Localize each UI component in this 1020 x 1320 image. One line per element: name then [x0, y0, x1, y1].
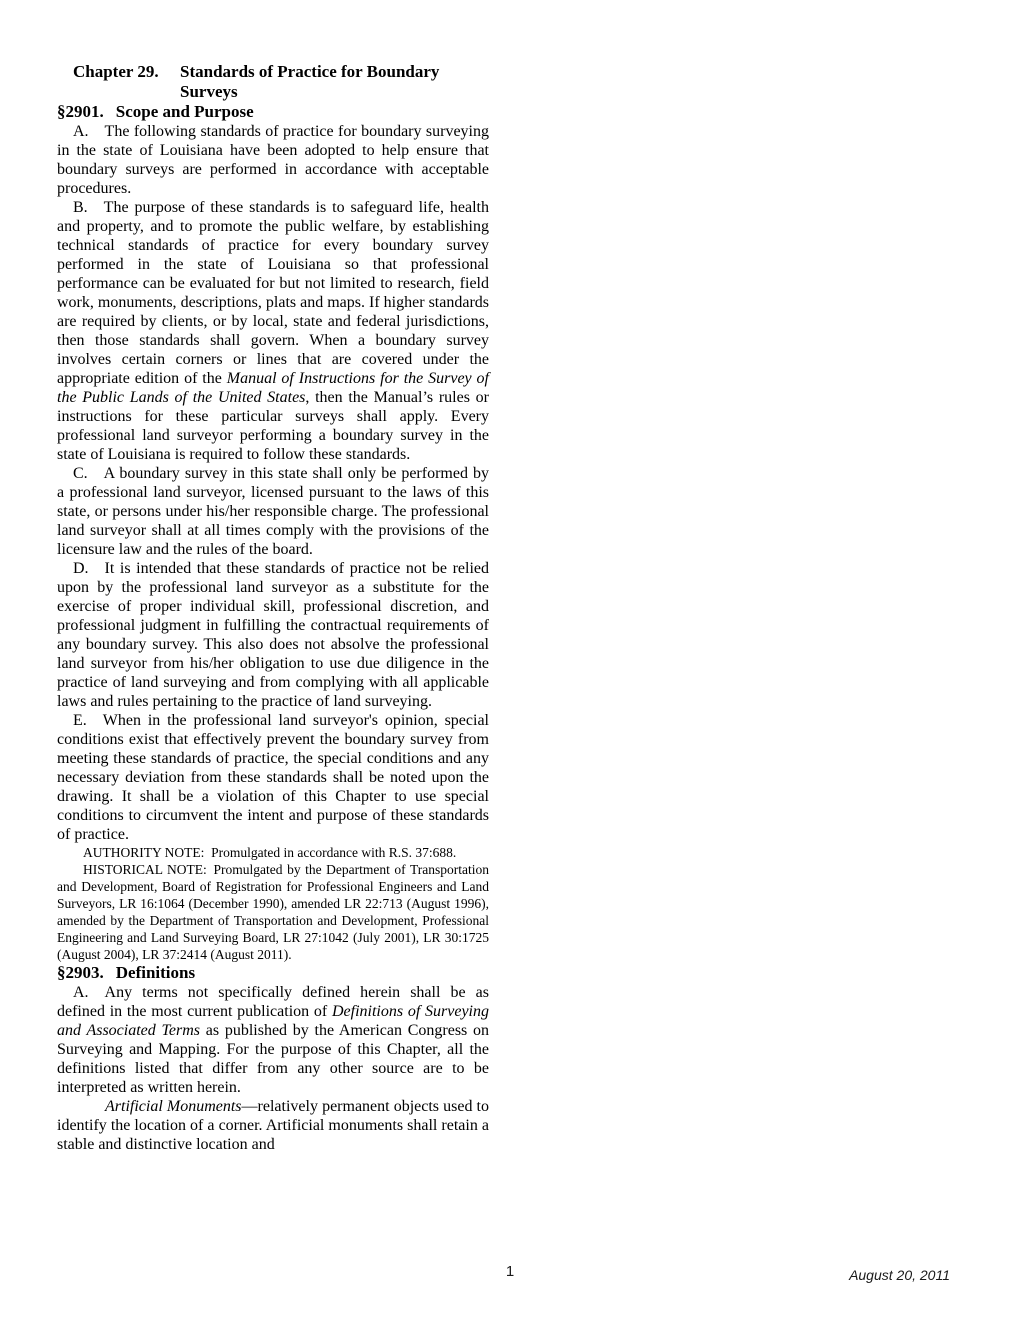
- chapter-label: Chapter 29.: [73, 62, 159, 82]
- chapter-heading: Chapter 29. Standards of Practice for Bo…: [57, 62, 489, 102]
- text-run: AUTHORITY NOTE: Promulgated in accordanc…: [83, 845, 456, 860]
- text-run: HISTORICAL NOTE: Promulgated by the Depa…: [57, 862, 489, 962]
- paragraph-1-4: D. It is intended that these standards o…: [57, 559, 489, 711]
- document-page: Chapter 29. Standards of Practice for Bo…: [0, 0, 1020, 1320]
- text-run: D. It is intended that these standards o…: [57, 560, 489, 710]
- sections-container: §2901.Scope and PurposeA. The following …: [57, 102, 489, 1154]
- section-number: §2903.: [57, 963, 104, 982]
- italic-text-run: Artificial Monuments: [105, 1098, 242, 1115]
- text-column: Chapter 29. Standards of Practice for Bo…: [57, 62, 489, 1154]
- section-heading-2901: §2901.Scope and Purpose: [57, 102, 489, 122]
- text-run: B. The purpose of these standards is to …: [57, 199, 489, 387]
- paragraph-1-3: C. A boundary survey in this state shall…: [57, 464, 489, 559]
- section-title: Definitions: [116, 963, 195, 982]
- section-title: Scope and Purpose: [116, 102, 254, 121]
- footer-date: August 20, 2011: [849, 1267, 950, 1283]
- text-run: A. The following standards of practice f…: [57, 123, 489, 197]
- paragraph-1-1: A. The following standards of practice f…: [57, 122, 489, 198]
- text-run: E. When in the professional land surveyo…: [57, 712, 489, 843]
- paragraph-1-5: E. When in the professional land surveyo…: [57, 711, 489, 844]
- chapter-title: Standards of Practice for BoundarySurvey…: [180, 62, 489, 102]
- note-1-7: HISTORICAL NOTE: Promulgated by the Depa…: [57, 861, 489, 963]
- note-1-6: AUTHORITY NOTE: Promulgated in accordanc…: [57, 844, 489, 861]
- paragraph-2-1: A. Any terms not specifically defined he…: [57, 983, 489, 1097]
- chapter-title-line-2: Surveys: [180, 82, 489, 102]
- definition-2-2: Artificial Monuments—relatively permanen…: [57, 1097, 489, 1154]
- section-number: §2901.: [57, 102, 104, 121]
- chapter-title-line-1: Standards of Practice for Boundary: [180, 62, 489, 82]
- section-heading-2903: §2903.Definitions: [57, 963, 489, 983]
- paragraph-1-2: B. The purpose of these standards is to …: [57, 198, 489, 464]
- text-run: C. A boundary survey in this state shall…: [57, 465, 489, 558]
